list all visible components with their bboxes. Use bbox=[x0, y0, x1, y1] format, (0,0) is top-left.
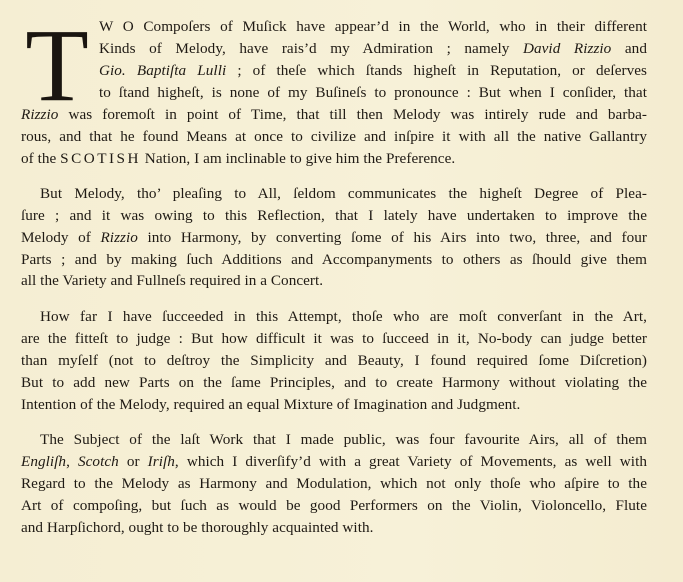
text-run: Intention of the Melody, required an equ… bbox=[21, 396, 520, 413]
text-line: Art of compoſing, but ſuch as would be g… bbox=[21, 495, 647, 517]
text-line: Gio. Baptiſta Lulli ; of theſe which ſta… bbox=[99, 60, 647, 82]
text-run: How far I have ſucceeded in this Attempt… bbox=[40, 308, 647, 325]
text-line: Intention of the Melody, required an equ… bbox=[21, 394, 647, 416]
text-line: ſure ; and it was owing to this Reflecti… bbox=[21, 205, 647, 227]
text-run: than myſelf (not to deſtroy the Simplici… bbox=[21, 352, 647, 369]
text-run: ſure ; and it was owing to this Reflecti… bbox=[21, 207, 647, 224]
text-line: Kinds of Melody, have rais’d my Admirati… bbox=[99, 38, 647, 60]
text-line: than myſelf (not to deſtroy the Simplici… bbox=[21, 350, 647, 372]
text-run: are the fitteſt to judge : But how diffi… bbox=[21, 330, 647, 347]
italic-name: Gio. Baptiſta Lulli bbox=[99, 62, 226, 79]
caps-word: SCOTISH bbox=[60, 150, 141, 167]
text-run: of the bbox=[21, 150, 60, 167]
text-run: Regard to the Melody as Harmony and Modu… bbox=[21, 475, 647, 492]
text-line: Melody of Rizzio into Harmony, by conver… bbox=[21, 227, 647, 249]
text-run: ; of theſe which ſtands higheſt in Reput… bbox=[226, 62, 647, 79]
text-run: Melody of bbox=[21, 229, 100, 246]
italic-name: Engliſh bbox=[21, 453, 66, 470]
italic-name: Iriſh bbox=[148, 453, 175, 470]
italic-name: David Rizzio bbox=[523, 40, 611, 57]
text-run: The Subject of the laſt Work that I made… bbox=[40, 431, 647, 448]
text-line: W O Compoſers of Muſick have appear’d in… bbox=[99, 16, 647, 38]
text-line: Regard to the Melody as Harmony and Modu… bbox=[21, 473, 647, 495]
text-line: Engliſh, Scotch or Iriſh, which I diverſ… bbox=[21, 451, 647, 473]
text-run: Art of compoſing, but ſuch as would be g… bbox=[21, 497, 647, 514]
text-run: Parts ; and by making ſuch Additions and… bbox=[21, 251, 647, 268]
text-run: But to add new Parts on the ſame Princip… bbox=[21, 374, 647, 391]
text-line: But to add new Parts on the ſame Princip… bbox=[21, 372, 647, 394]
text-run: to ſtand higheſt, is none of my Buſineſs… bbox=[99, 84, 647, 101]
text-run: Kinds of Melody, have rais’d my Admirati… bbox=[99, 40, 523, 57]
text-run: rous, and that he found Means at once to… bbox=[21, 128, 647, 145]
italic-name: Scotch bbox=[78, 453, 119, 470]
text-run: or bbox=[119, 453, 148, 470]
text-run: and Harpſichord, ought to be thoroughly … bbox=[21, 519, 373, 536]
text-line: Parts ; and by making ſuch Additions and… bbox=[21, 249, 647, 271]
text-line: are the fitteſt to judge : But how diffi… bbox=[21, 328, 647, 350]
italic-name: Rizzio bbox=[21, 106, 58, 123]
text-run: , bbox=[66, 453, 78, 470]
text-line: The Subject of the laſt Work that I made… bbox=[40, 429, 647, 451]
text-run: into Harmony, by converting ſome of his … bbox=[138, 229, 647, 246]
text-line: Rizzio was foremoſt in point of Time, th… bbox=[21, 104, 647, 126]
text-run: was foremoſt in point of Time, that till… bbox=[58, 106, 647, 123]
text-line: and Harpſichord, ought to be thoroughly … bbox=[21, 517, 647, 539]
italic-name: Rizzio bbox=[100, 229, 137, 246]
drop-cap: T bbox=[22, 23, 92, 109]
text-run: W O Compoſers of Muſick have appear’d in… bbox=[99, 18, 647, 35]
text-line: to ſtand higheſt, is none of my Buſineſs… bbox=[99, 82, 647, 104]
document-page: T W O Compoſers of Muſick have appear’d … bbox=[0, 0, 683, 582]
text-run: Nation, I am inclinable to give him the … bbox=[141, 150, 455, 167]
text-run: , which I diverſify’d with a great Varie… bbox=[175, 453, 647, 470]
text-run: and bbox=[611, 40, 647, 57]
text-run: all the Variety and Fullneſs required in… bbox=[21, 272, 323, 289]
text-line: But Melody, tho’ pleaſing to All, ſeldom… bbox=[40, 183, 647, 205]
text-line: How far I have ſucceeded in this Attempt… bbox=[40, 306, 647, 328]
text-line: of the SCOTISH Nation, I am inclinable t… bbox=[21, 148, 647, 170]
text-line: rous, and that he found Means at once to… bbox=[21, 126, 647, 148]
text-line: all the Variety and Fullneſs required in… bbox=[21, 270, 647, 292]
text-run: But Melody, tho’ pleaſing to All, ſeldom… bbox=[40, 185, 647, 202]
